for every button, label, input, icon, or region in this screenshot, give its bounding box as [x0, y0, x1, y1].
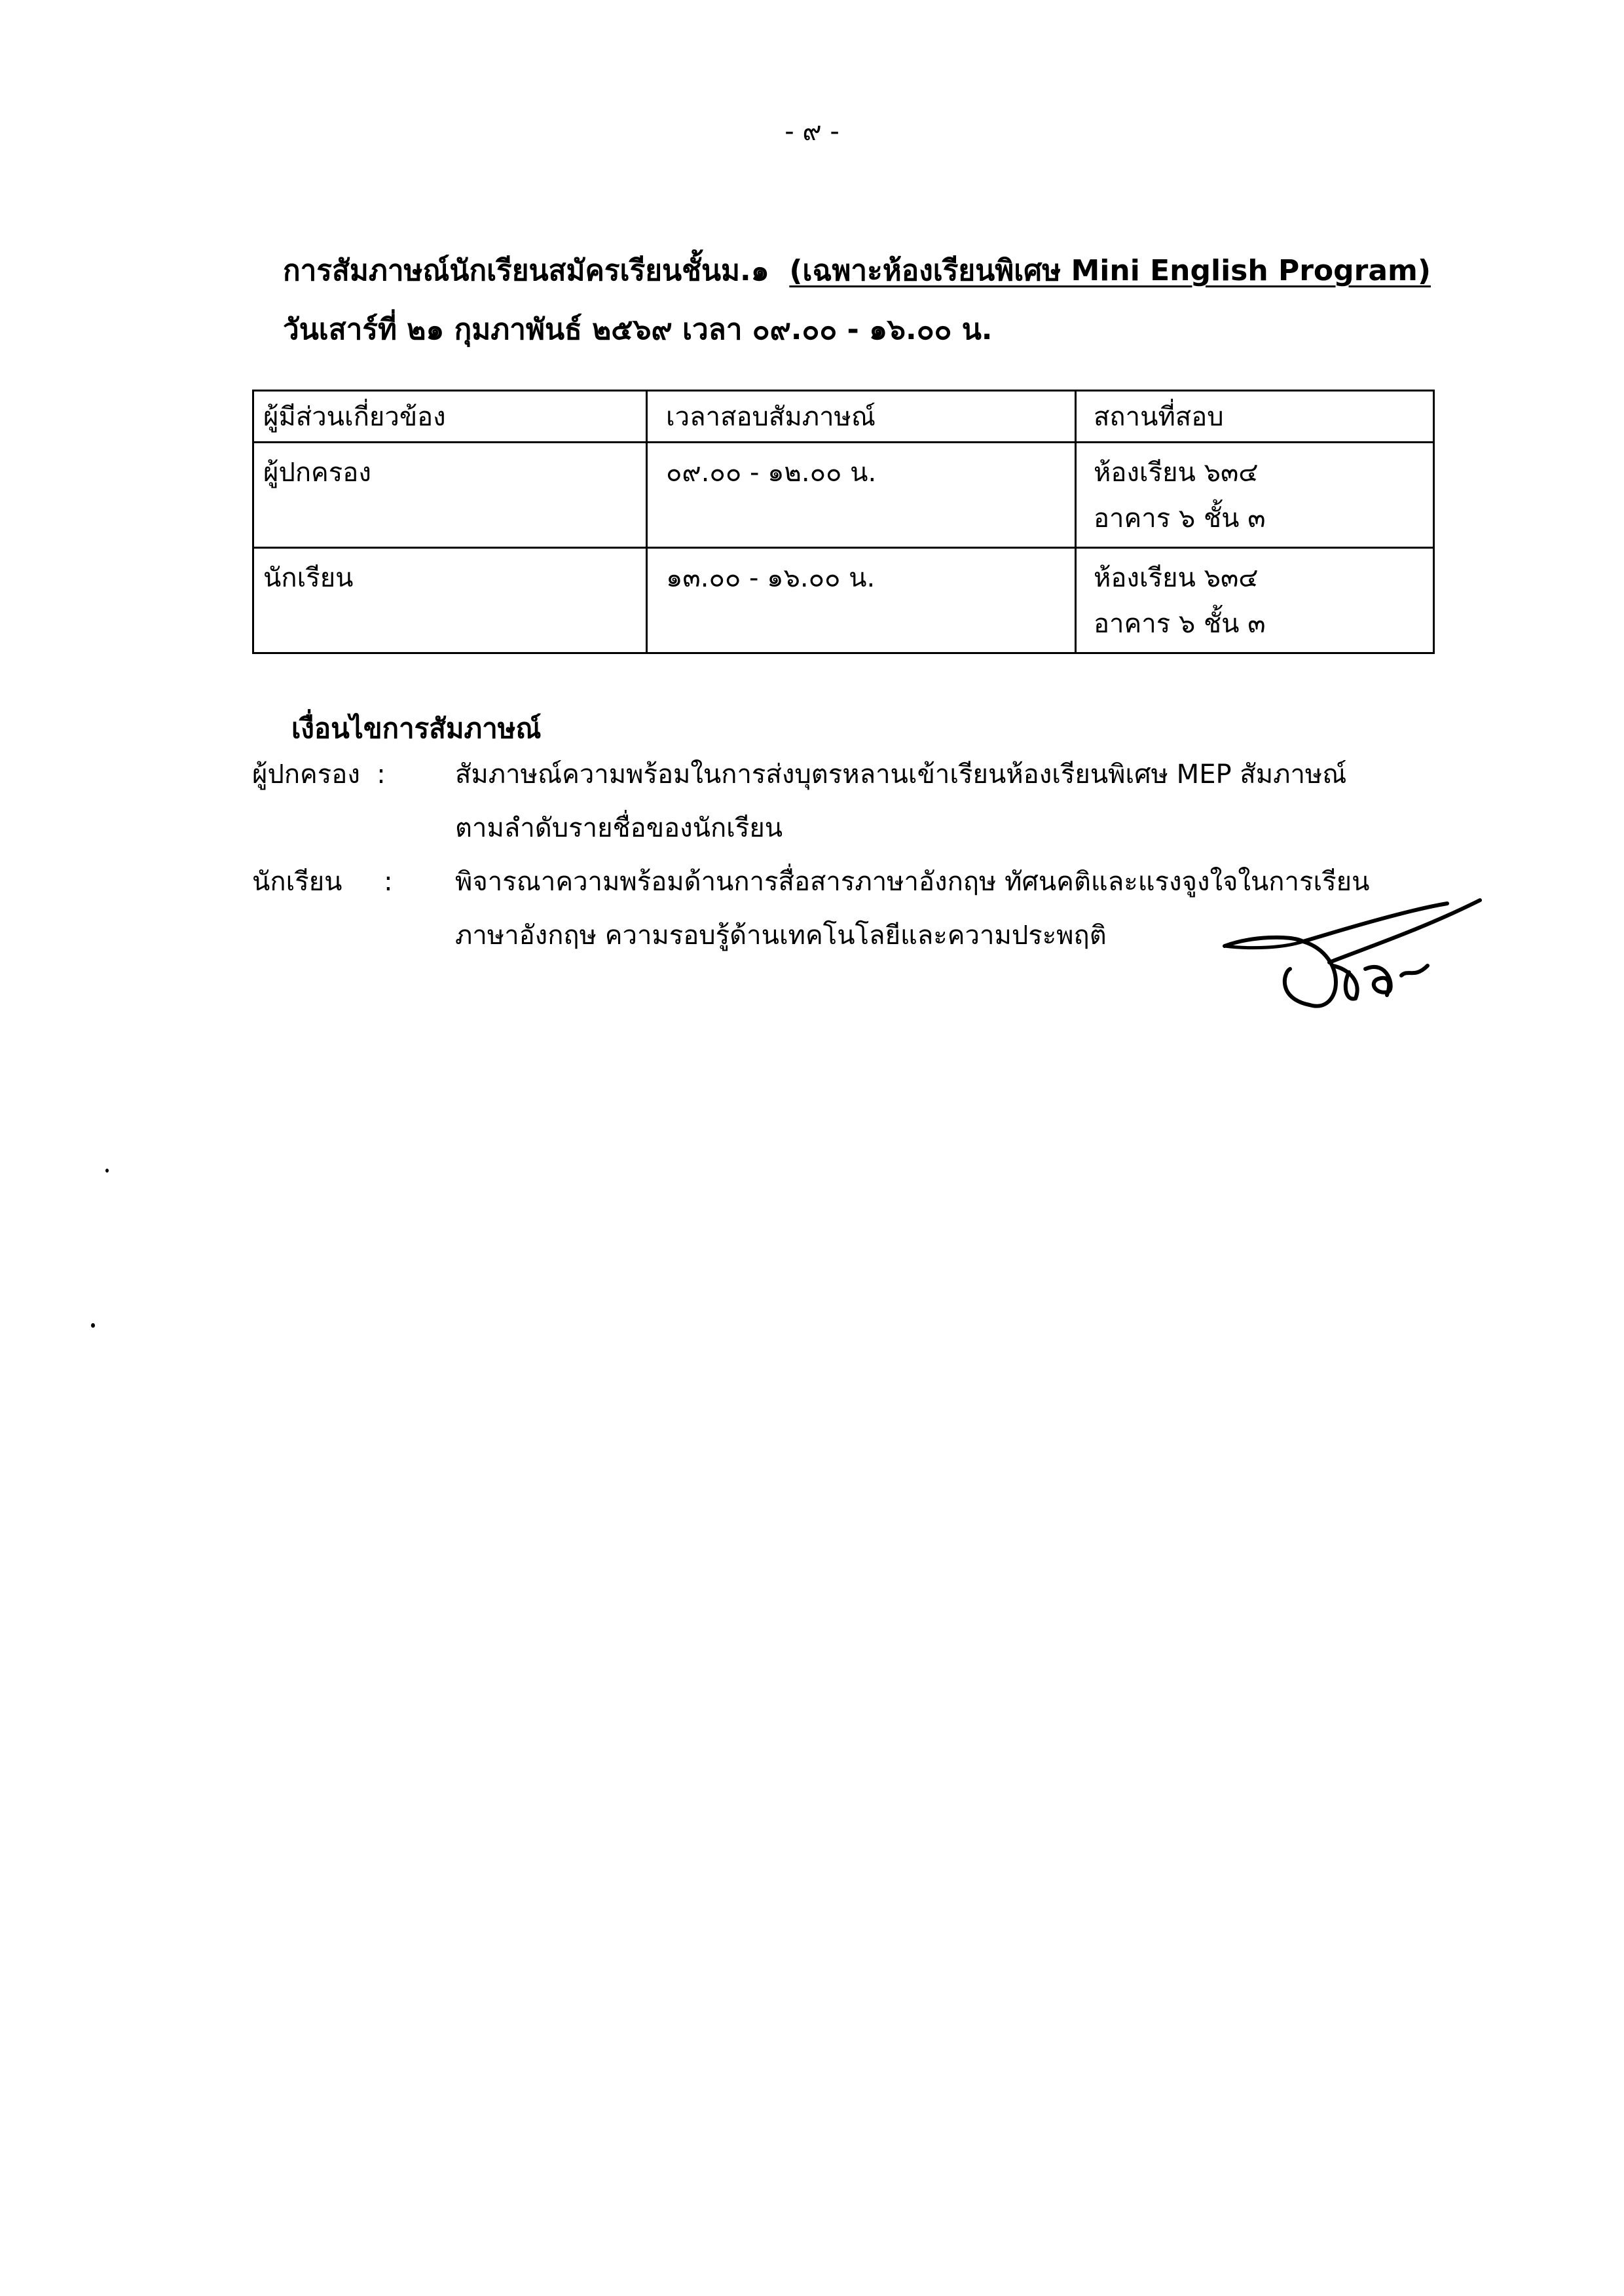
- title-program-note: (เฉพาะห้องเรียนพิเศษ Mini English Progra…: [789, 254, 1431, 287]
- interview-schedule-table: ผู้มีส่วนเกี่ยวข้อง เวลาสอบสัมภาษณ์ สถาน…: [252, 390, 1435, 654]
- condition-label-student: นักเรียน :: [252, 860, 393, 902]
- cell-time: ๑๓.๐๐ - ๑๖.๐๐ น.: [647, 548, 1076, 653]
- table-header-row: ผู้มีส่วนเกี่ยวข้อง เวลาสอบสัมภาษณ์ สถาน…: [253, 391, 1434, 443]
- table-row: ผู้ปกครอง ๐๙.๐๐ - ๑๒.๐๐ น. ห้องเรียน ๖๓๔…: [253, 443, 1434, 548]
- header-location: สถานที่สอบ: [1076, 391, 1434, 443]
- condition-label-parent: ผู้ปกครอง :: [252, 753, 386, 795]
- cell-participant: นักเรียน: [253, 548, 647, 653]
- title-line-1: การสัมภาษณ์นักเรียนสมัครเรียนชั้นม.๑ (เฉ…: [283, 247, 1431, 293]
- cell-location: ห้องเรียน ๖๓๔ อาคาร ๖ ชั้น ๓: [1076, 548, 1434, 653]
- location-building: อาคาร ๖ ชั้น ๓: [1094, 496, 1424, 541]
- cell-time: ๐๙.๐๐ - ๑๒.๐๐ น.: [647, 443, 1076, 548]
- title-date-time: วันเสาร์ที่ ๒๑ กุมภาพันธ์ ๒๕๖๙ เวลา ๐๙.๐…: [283, 306, 993, 352]
- header-time: เวลาสอบสัมภาษณ์: [647, 391, 1076, 443]
- page-number: - ๙ -: [0, 110, 1624, 152]
- scan-speck: [91, 1323, 95, 1328]
- header-participant: ผู้มีส่วนเกี่ยวข้อง: [253, 391, 647, 443]
- cell-location: ห้องเรียน ๖๓๔ อาคาร ๖ ชั้น ๓: [1076, 443, 1434, 548]
- condition-label-text: นักเรียน: [252, 867, 342, 897]
- condition-text-student-line2: ภาษาอังกฤษ ความรอบรู้ด้านเทคโนโลยีและควา…: [455, 914, 1107, 956]
- conditions-heading: เงื่อนไขการสัมภาษณ์: [291, 707, 541, 750]
- condition-colon: :: [377, 759, 385, 790]
- title-main: การสัมภาษณ์นักเรียนสมัครเรียนชั้นม.๑: [283, 254, 769, 287]
- table-row: นักเรียน ๑๓.๐๐ - ๑๖.๐๐ น. ห้องเรียน ๖๓๔ …: [253, 548, 1434, 653]
- condition-label-text: ผู้ปกครอง: [252, 759, 360, 790]
- condition-text-parent-line1: สัมภาษณ์ความพร้อมในการส่งบุตรหลานเข้าเรี…: [455, 753, 1346, 795]
- location-room: ห้องเรียน ๖๓๔: [1094, 555, 1424, 601]
- condition-colon: :: [384, 867, 392, 897]
- condition-text-parent-line2: ตามลำดับรายชื่อของนักเรียน: [455, 807, 783, 848]
- signature-icon: [1211, 884, 1486, 1015]
- scan-speck: [105, 1169, 109, 1173]
- location-building: อาคาร ๖ ชั้น ๓: [1094, 601, 1424, 647]
- location-room: ห้องเรียน ๖๓๔: [1094, 450, 1424, 496]
- cell-participant: ผู้ปกครอง: [253, 443, 647, 548]
